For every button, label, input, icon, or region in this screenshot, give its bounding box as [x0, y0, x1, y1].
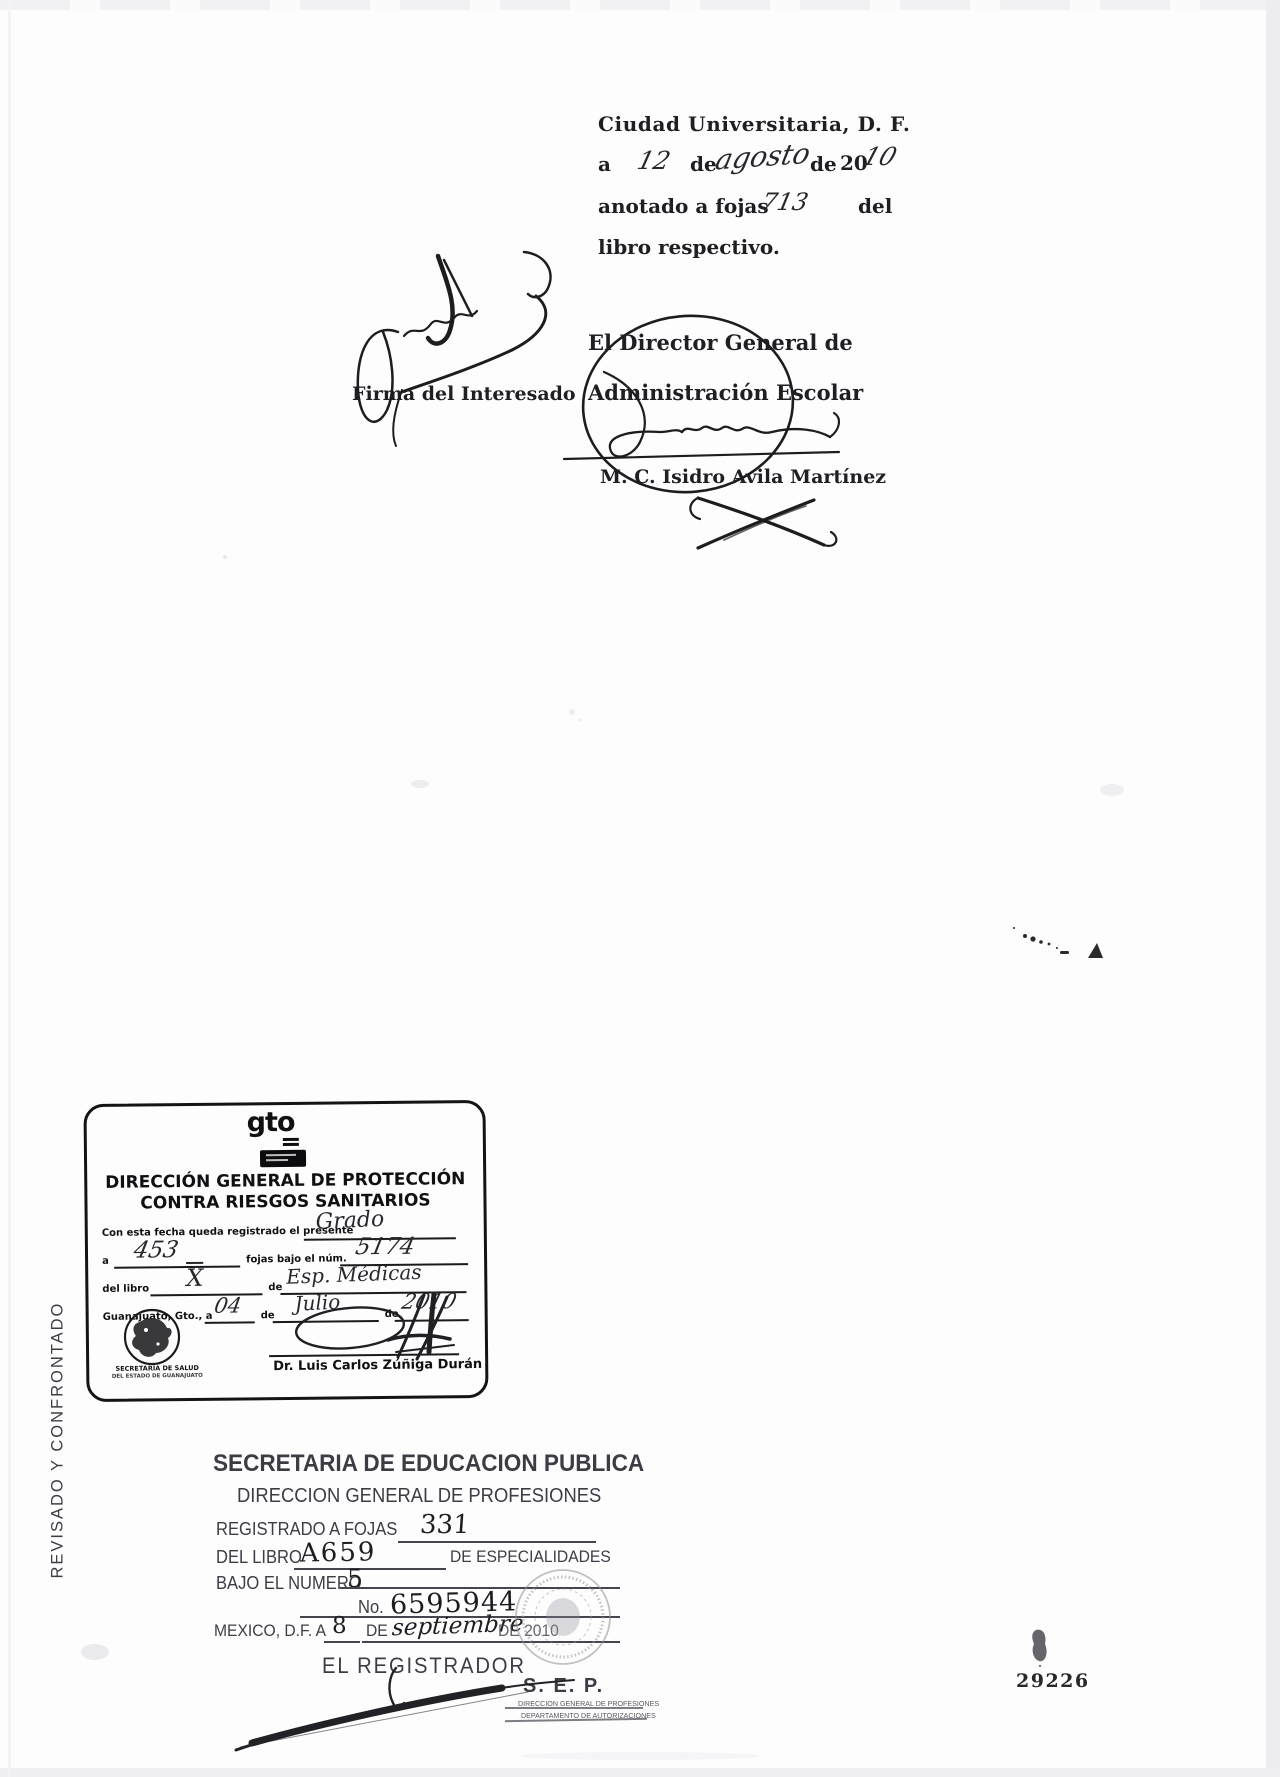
gto-row2-line1: [114, 1265, 240, 1268]
sep-title: SECRETARIA DE EDUCACION PUBLICA: [213, 1450, 644, 1478]
gto-row4-label: Guanajuato, Gto., a: [103, 1311, 213, 1323]
sep-abbr: S. E. P.: [523, 1675, 604, 1698]
sep-fojas-line: [398, 1541, 596, 1543]
gto-handwritten-year: 2010: [399, 1289, 459, 1314]
scan-edge-right: [1266, 0, 1280, 1777]
sep-handwritten-fojas: 331: [419, 1510, 471, 1540]
gto-row3-line1: [150, 1293, 262, 1296]
gto-seal-caption2: DEL ESTADO DE GUANAJUATO: [103, 1373, 211, 1380]
fojas-line: anotado a fojas: [598, 194, 769, 218]
folio-number: 29226: [1016, 1670, 1090, 1692]
fojas-suffix: del: [858, 194, 892, 218]
date-de2: de: [810, 152, 837, 176]
gto-handwritten-num: 5174: [353, 1234, 417, 1261]
sep-small-strike1: [505, 1707, 643, 1709]
sep-libro-line: [294, 1568, 446, 1570]
sep-no-label: No.: [358, 1597, 384, 1618]
gto-salud-badge: [260, 1150, 306, 1167]
sep-date-de2: DE 2010: [498, 1621, 559, 1641]
scan-edge-bottom: [0, 1768, 1280, 1777]
handwritten-day: 12: [634, 146, 673, 175]
firma-interesado-label: Firma del Interesado: [352, 383, 576, 405]
gto-logo-lines-icon: [283, 1138, 299, 1141]
gto-stamp-box: gto DIRECCIÓN GENERAL DE PROTECCIÓN CONT…: [83, 1100, 488, 1402]
date-prefix: a: [598, 152, 611, 176]
handwritten-month: agosto: [713, 136, 814, 176]
place-line: Ciudad Universitaria, D. F.: [598, 112, 910, 136]
scanned-document-page: Ciudad Universitaria, D. F. a 12 de agos…: [0, 0, 1280, 1777]
director-title-line1: El Director General de: [588, 330, 853, 355]
gto-row3-label: del libro: [102, 1283, 149, 1294]
sep-libro-label: DEL LIBRO: [216, 1547, 302, 1568]
gto-row4-de1: de: [261, 1310, 275, 1321]
gto-row3-de: de: [268, 1282, 282, 1293]
handwritten-fojas: 713: [759, 188, 811, 216]
gto-handwritten-materia: Esp. Médicas: [286, 1260, 422, 1289]
sep-numero-label: BAJO EL NUMERO: [216, 1573, 362, 1594]
gto-logo: gto: [246, 1107, 294, 1138]
gto-handwritten-fojas: 453: [131, 1237, 180, 1264]
scan-edge-top: [0, 0, 1280, 10]
gto-handwritten-day: 04: [213, 1293, 244, 1317]
director-title-line2: Administración Escolar: [588, 380, 863, 405]
scan-edge-left: [8, 0, 11, 1777]
gto-row4-line3: [395, 1319, 469, 1322]
gto-row2-a: a: [102, 1256, 109, 1267]
gto-title-line1: DIRECCIÓN GENERAL DE PROTECCIÓN: [87, 1169, 483, 1193]
sep-date-de1: DE: [366, 1621, 388, 1641]
ink-overlay: [0, 0, 1280, 1777]
ink-blot: [1032, 1630, 1046, 1662]
director-name: M. C. Isidro Avila Martínez: [600, 466, 886, 488]
revisado-vertical-label: REVISADO Y CONFRONTADO: [49, 1302, 68, 1579]
gto-handwritten-grado: Grado: [315, 1207, 385, 1235]
gto-title-line2: CONTRA RIESGOS SANITARIOS: [87, 1190, 483, 1214]
sep-subtitle: DIRECCION GENERAL DE PROFESIONES: [237, 1485, 601, 1508]
gto-row4-line2: [273, 1320, 379, 1323]
sep-libro-suffix: DE ESPECIALIDADES: [450, 1547, 611, 1567]
sep-handwritten-libro: A659: [300, 1537, 377, 1568]
gto-seal-caption1: SECRETARÍA DE SALUD: [109, 1364, 205, 1373]
sep-date-label: MEXICO, D.F. A: [214, 1621, 326, 1641]
sep-handwritten-day: 8: [332, 1613, 347, 1639]
ink-specks: [1013, 927, 1103, 958]
gto-row4-line1: [205, 1321, 255, 1324]
gto-row4-de2: de: [385, 1309, 399, 1320]
gto-handwritten-month: Julio: [294, 1290, 341, 1316]
interesado-signature: [358, 252, 551, 446]
sep-day-line: [324, 1641, 360, 1643]
sep-date-line: [362, 1641, 620, 1643]
gto-handwritten-libro: X: [186, 1264, 203, 1292]
gto-signer-name: Dr. Luis Carlos Zúñiga Durán: [273, 1357, 482, 1374]
sep-registrador-label: EL REGISTRADOR: [322, 1653, 526, 1679]
handwritten-year: 10: [859, 142, 900, 171]
libro-line: libro respectivo.: [598, 235, 780, 259]
